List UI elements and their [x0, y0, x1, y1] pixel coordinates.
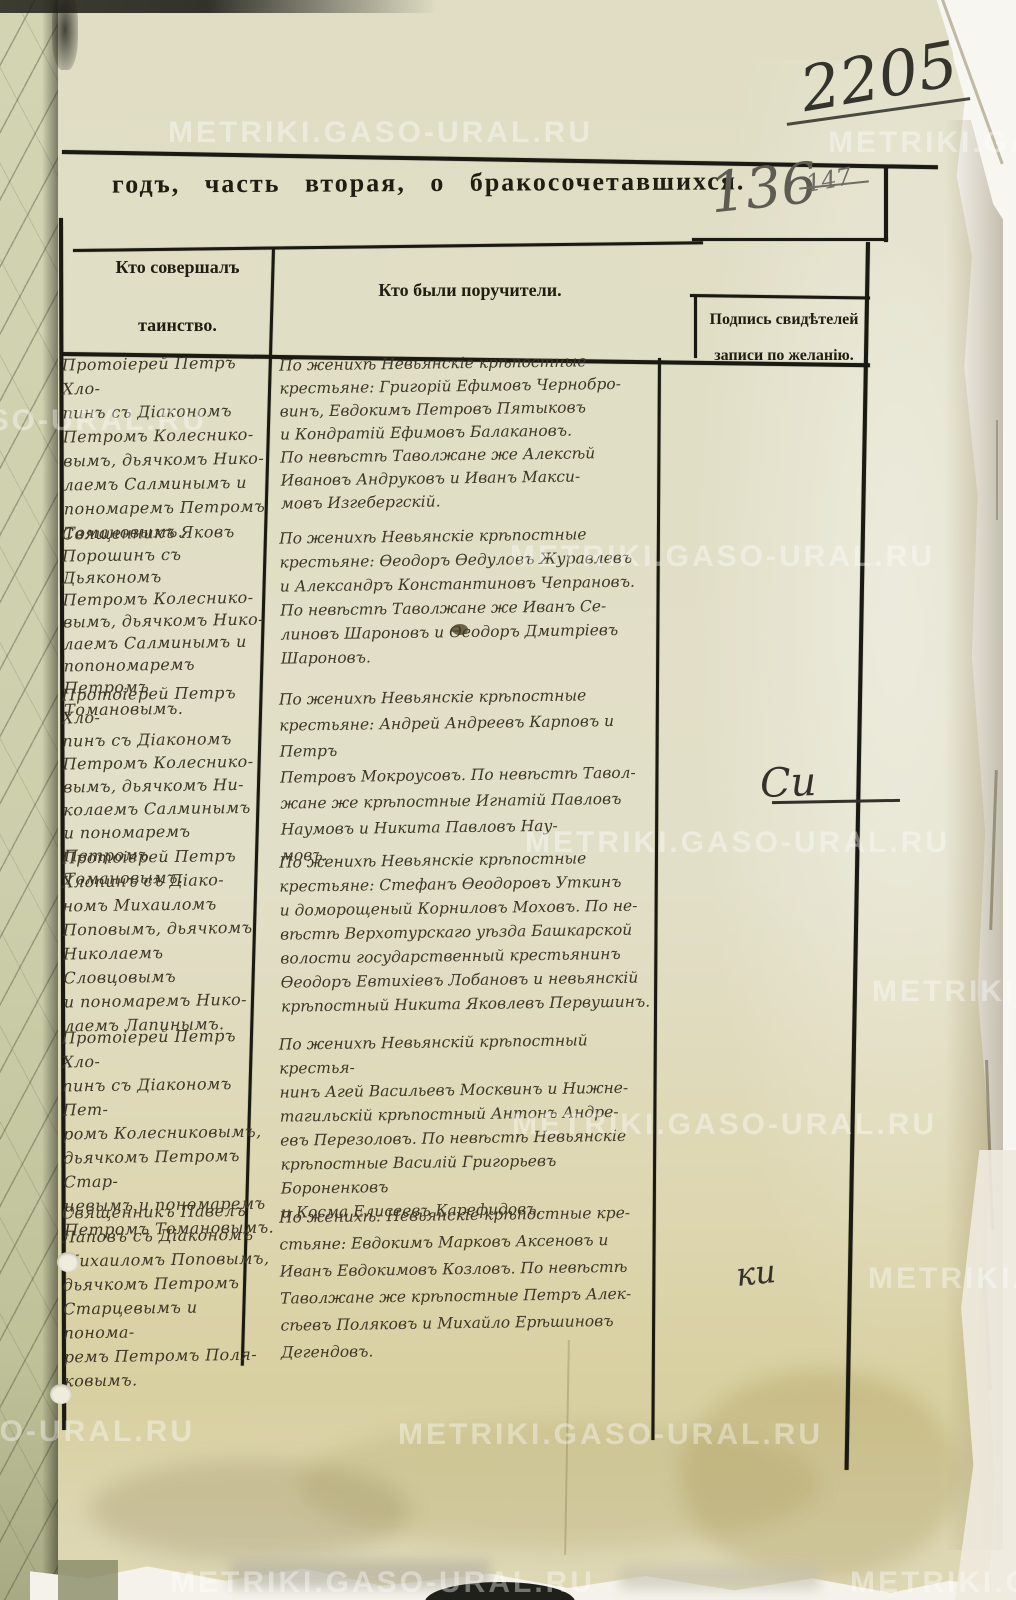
- officiant-entry: Протоіерей Петръ Хлопинъ съ Діако- номъ …: [62, 844, 275, 1039]
- column-header-witnesses: Кто были поручители.: [290, 280, 650, 301]
- witnesses-entry: По женихѣ Невьянскіе крѣпостные крестьян…: [279, 845, 663, 1018]
- witnesses-entry: По женихѣ: Невьянскіе крѣпостные кре- ст…: [279, 1199, 663, 1366]
- officiant-entry: Протоіерей Петръ Хло- пинъ съ Діакономъ …: [62, 351, 275, 546]
- watermark: METRIKI.GASO-URAL.RU: [0, 404, 207, 438]
- officiant-entry: Священникъ Павелъ Лаповъ съ Діакономъ Ми…: [62, 1199, 275, 1394]
- watermark: METRIKI.GASO-URAL.RU: [168, 116, 593, 150]
- witnesses-entry: По женихѣ Невьянскіе крѣпостные крестьян…: [279, 349, 663, 515]
- frame-right-top-rule: [884, 166, 888, 242]
- hole-punch: [57, 1252, 79, 1272]
- ink-blot: [452, 624, 468, 635]
- signature-mark: ки: [734, 1252, 777, 1294]
- column-header-signatures: Подпись свидѣтелей записи по желанію.: [700, 302, 868, 374]
- watermark: METRIKI.GASO-URAL.RU: [850, 1566, 1016, 1600]
- signature-box-left-rule: [694, 296, 697, 358]
- watermark: METRIKI.GASO-URAL.RU: [398, 1418, 823, 1452]
- watermark: METRIKI.GASO-URAL.RU: [0, 1415, 195, 1449]
- water-stain: [680, 1370, 960, 1580]
- water-stain: [90, 1460, 410, 1560]
- hole-punch: [50, 1384, 72, 1404]
- watermark: METRIKI.GASO-URAL.RU: [868, 1262, 1016, 1296]
- column-header-officiant: Кто совершалъ таинство.: [80, 238, 275, 354]
- page-stack-streak: [996, 420, 998, 520]
- watermark: METRIKI.GASO-URAL.RU: [828, 126, 1016, 160]
- watermark: METRIKI.GASO-URAL.RU: [170, 1566, 595, 1600]
- watermark: METRIKI.GASO-URAL.RU: [510, 540, 935, 574]
- gutter-top-blotch: [52, 0, 78, 70]
- bottom-edge-smudge: [620, 1565, 820, 1589]
- header-underline-right: [692, 238, 888, 241]
- watermark: METRIKI.GASO-URAL.RU: [872, 975, 1016, 1009]
- watermark: METRIKI.GASO-URAL.RU: [525, 826, 950, 860]
- page-title: годъ, часть вторая, о бракосочетавшихся.: [112, 166, 746, 199]
- scanned-register-page: годъ, часть вторая, о бракосочетавшихся.…: [0, 0, 1016, 1600]
- bottom-left-dark-edge: [58, 1560, 118, 1600]
- watermark: METRIKI.GASO-URAL.RU: [512, 1108, 937, 1142]
